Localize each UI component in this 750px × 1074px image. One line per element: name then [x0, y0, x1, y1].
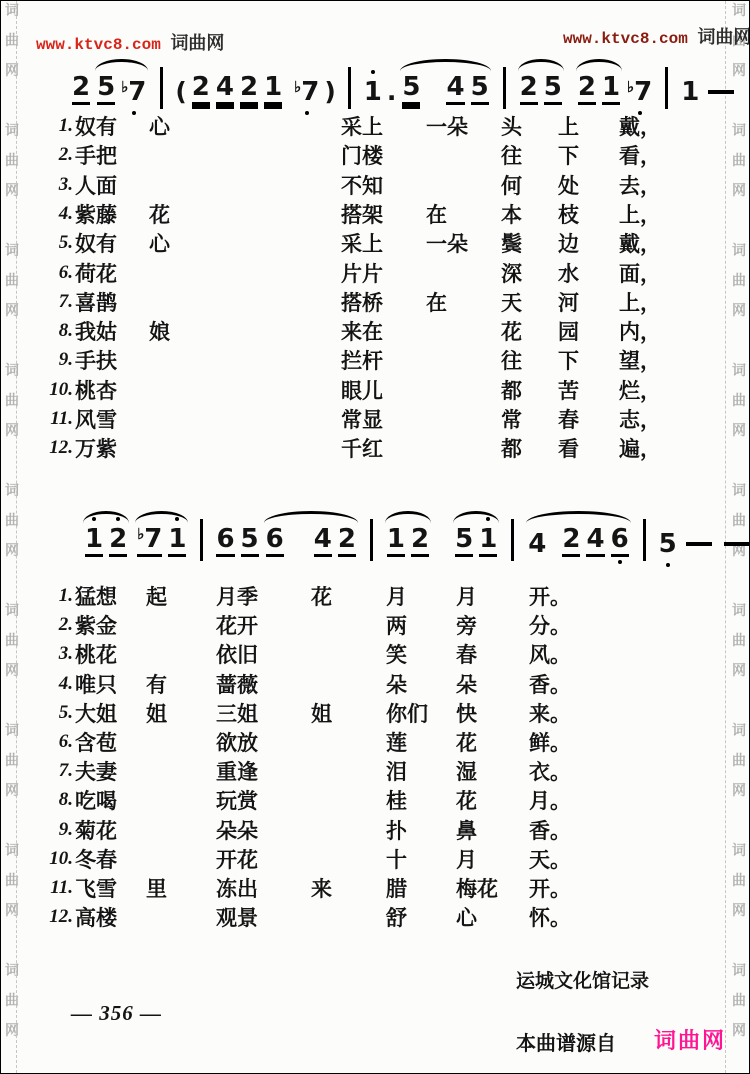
watermark-site-name: 词曲网 — [697, 27, 750, 47]
octave-dot-above — [371, 70, 375, 74]
verse-number: 3. — [29, 174, 73, 197]
lyric-row: 5.大姐姐三姐姐你们快来。 — [1, 702, 749, 730]
lyric-cell: 一朵 — [426, 115, 468, 140]
octave-dot-above — [175, 517, 179, 521]
verse-number: 4. — [29, 673, 73, 696]
tie-group: 25 — [516, 74, 566, 105]
lyric-cell: 深 — [501, 262, 522, 287]
lyric-cell: 戴， — [619, 232, 661, 257]
lyric-row: 9.菊花朵朵扑鼻香。 — [1, 819, 749, 847]
octave-dot-above — [116, 517, 120, 521]
recorder-credit: 运城文化馆记录 — [516, 966, 649, 993]
tie-group: 545 — [398, 74, 492, 105]
lyric-cell: 喜鹊 — [75, 291, 117, 316]
lyric-row: 3.人面不知何处去， — [1, 174, 749, 202]
lyric-cell: 吃喝 — [75, 789, 117, 814]
music-note: 2 — [411, 526, 429, 557]
lyric-row: 11.风雪常显常春志， — [1, 408, 749, 436]
lyric-cell: 常显 — [341, 408, 383, 433]
watermark-url: www.ktvc8.com — [563, 30, 688, 48]
lyric-cell: 一朵 — [426, 232, 468, 257]
lyric-cell: 冬春 — [75, 848, 117, 873]
lyric-cell: 万紫 — [75, 437, 117, 462]
music-note: 1 — [681, 79, 699, 105]
flat-icon: ♭ — [294, 79, 301, 96]
lyric-cell: 都 — [501, 437, 522, 462]
barline-single — [643, 519, 646, 561]
lyric-cell: 水 — [558, 262, 579, 287]
lyric-cell: 荷花 — [75, 262, 117, 287]
verse-number: 5. — [29, 232, 73, 255]
verse-number: 12. — [29, 906, 73, 929]
music-note: 4 — [528, 531, 546, 557]
lyric-cell: 眼儿 — [341, 379, 383, 404]
music-note: 5 — [402, 74, 420, 105]
lyric-cell: 内， — [619, 320, 661, 345]
verse-number: 7. — [29, 291, 73, 314]
lyric-cell: 戴， — [619, 115, 661, 140]
lyric-cell: 春 — [456, 643, 477, 668]
lyric-cell: 上， — [619, 203, 661, 228]
music-note: 5 — [455, 526, 473, 557]
barline-single — [665, 67, 668, 109]
octave-dot-above — [486, 517, 490, 521]
lyric-cell: 花 — [456, 789, 477, 814]
lyric-cell: 朵 — [456, 673, 477, 698]
music-note: 5 — [97, 74, 115, 105]
watermark-url: www.ktvc8.com — [36, 36, 161, 54]
lyric-cell: 往 — [501, 349, 522, 374]
lyric-cell: 扑 — [386, 819, 407, 844]
lyric-cell: 面， — [619, 262, 661, 287]
lyric-cell: 千红 — [341, 437, 383, 462]
music-note: 1 — [168, 526, 186, 557]
verse-number: 2. — [29, 614, 73, 637]
dash-note — [686, 542, 712, 546]
lyric-cell: 分。 — [529, 614, 571, 639]
lyric-cell: 开。 — [529, 877, 571, 902]
lyric-cell: 拦杆 — [341, 349, 383, 374]
watermark-top-right: www.ktvc8.com 词曲网 — [563, 23, 750, 49]
lyric-cell: 风雪 — [75, 408, 117, 433]
octave-dot-below — [618, 560, 622, 564]
music-note: 1 — [85, 526, 103, 557]
lyric-cell: 朵朵 — [216, 819, 258, 844]
lyric-row: 11.飞雪里冻出来腊梅花开。 — [1, 877, 749, 905]
music-symbol: ( — [175, 79, 186, 105]
lyric-cell: 依旧 — [216, 643, 258, 668]
lyric-cell: 有 — [146, 673, 167, 698]
lyric-cell: 处 — [558, 174, 579, 199]
lyric-cell: 心 — [149, 232, 170, 257]
lyric-row: 2.手把门楼往下看， — [1, 144, 749, 172]
lyric-cell: 紫藤 — [75, 203, 117, 228]
lyric-cell: 遍， — [619, 437, 661, 462]
lyric-cell: 里 — [146, 877, 167, 902]
lyric-cell: 两 — [386, 614, 407, 639]
barline-single — [200, 519, 203, 561]
tie-group: 12 — [383, 526, 433, 557]
lyric-row: 6.含苞欲放莲花鲜。 — [1, 731, 749, 759]
music-symbol: ) — [324, 79, 335, 105]
barline-single — [348, 67, 351, 109]
watermark-char: 词 — [732, 965, 746, 979]
music-note: 2 — [192, 74, 210, 105]
lyric-cell: 你们 — [386, 702, 428, 727]
lyric-cell: 猛想 — [75, 585, 117, 610]
music-note: ♭7 — [137, 526, 162, 557]
lyric-cell: 欲放 — [216, 731, 258, 756]
lyric-cell: 来 — [311, 877, 332, 902]
lyric-row: 1.猛想起月季花月月开。 — [1, 585, 749, 613]
lyric-cell: 花 — [501, 320, 522, 345]
lyric-cell: 唯只 — [75, 673, 117, 698]
lyric-cell: 观景 — [216, 906, 258, 931]
lyric-cell: 湿 — [456, 760, 477, 785]
music-note: 5 — [544, 74, 562, 105]
lyric-cell: 姐 — [311, 702, 332, 727]
verse-number: 3. — [29, 643, 73, 666]
barline-single — [511, 519, 514, 561]
music-note: 4 — [446, 74, 464, 105]
flat-icon: ♭ — [627, 79, 634, 96]
verse-number: 1. — [29, 115, 73, 138]
lyric-cell: 怀。 — [529, 906, 571, 931]
lyric-cell: 志， — [619, 408, 661, 433]
lyric-cell: 不知 — [341, 174, 383, 199]
verse-number: 6. — [29, 262, 73, 285]
lyric-cell: 采上 — [341, 232, 383, 257]
lyric-row: 4.紫藤花搭架在本枝上， — [1, 203, 749, 231]
music-note: 2 — [338, 526, 356, 557]
lyric-row: 4.唯只有蔷薇朵朵香。 — [1, 673, 749, 701]
lyric-cell: 三姐 — [216, 702, 258, 727]
verse-number: 4. — [29, 203, 73, 226]
lyric-cell: 花 — [311, 585, 332, 610]
lyric-row: 7.喜鹊搭桥在天河上， — [1, 291, 749, 319]
music-note: 5 — [659, 531, 677, 557]
lyric-cell: 片片 — [341, 262, 383, 287]
music-line-2: 12♭7165642125142465 — [81, 511, 750, 557]
lyric-cell: 搭架 — [341, 203, 383, 228]
dash-note — [708, 90, 734, 94]
lyric-cell: 上 — [558, 115, 579, 140]
tie-group: 21 — [574, 74, 624, 105]
verse-number: 8. — [29, 320, 73, 343]
tie-group: ♭71 — [133, 526, 190, 557]
lyric-cell: 快 — [456, 702, 477, 727]
lyric-cell: 月 — [456, 585, 477, 610]
barline-single — [160, 67, 163, 109]
lyric-cell: 桃花 — [75, 643, 117, 668]
lyric-cell: 舒 — [386, 906, 407, 931]
verse-number: 6. — [29, 731, 73, 754]
music-note: 5 — [241, 526, 259, 557]
lyric-cell: 在 — [426, 291, 447, 316]
lyric-cell: 烂， — [619, 379, 661, 404]
verse-number: 1. — [29, 585, 73, 608]
lyric-row: 3.桃花依旧笑春风。 — [1, 643, 749, 671]
music-note: 2 — [72, 74, 90, 105]
lyric-cell: 采上 — [341, 115, 383, 140]
verse-number: 10. — [29, 848, 73, 871]
lyric-row: 12.高楼观景舒心怀。 — [1, 906, 749, 934]
watermark-site-name: 词曲网 — [170, 33, 224, 53]
music-note: 2 — [520, 74, 538, 105]
verse-number: 10. — [29, 379, 73, 402]
lyric-cell: 往 — [501, 144, 522, 169]
music-note: 4 — [314, 526, 332, 557]
music-note: 2 — [578, 74, 596, 105]
source-note: 本曲谱源自 — [516, 1027, 616, 1056]
lyric-cell: 朵 — [386, 673, 407, 698]
tie-group: 5♭7 — [93, 74, 150, 105]
lyric-cell: 月。 — [529, 789, 571, 814]
music-note: ♭7 — [121, 79, 146, 105]
lyric-cell: 夫妻 — [75, 760, 117, 785]
lyric-cell: 手扶 — [75, 349, 117, 374]
lyric-cell: 腊 — [386, 877, 407, 902]
lyric-row: 12.万紫千红都看遍， — [1, 437, 749, 465]
lyric-cell: 鼻 — [456, 819, 477, 844]
dash-note — [724, 542, 750, 546]
lyric-cell: 心 — [456, 906, 477, 931]
lyric-cell: 蔷薇 — [216, 673, 258, 698]
lyric-cell: 去， — [619, 174, 661, 199]
lyric-cell: 开。 — [529, 585, 571, 610]
music-symbol: . — [387, 79, 397, 105]
barline-single — [370, 519, 373, 561]
lyric-cell: 衣。 — [529, 760, 571, 785]
lyric-cell: 玩赏 — [216, 789, 258, 814]
lyric-cell: 月季 — [216, 585, 258, 610]
lyric-cell: 下 — [558, 349, 579, 374]
lyric-cell: 常 — [501, 408, 522, 433]
lyric-cell: 桃杏 — [75, 379, 117, 404]
lyric-cell: 门楼 — [341, 144, 383, 169]
music-note: 2 — [109, 526, 127, 557]
page-number: — 356 — — [71, 1001, 162, 1026]
lyric-cell: 鲜。 — [529, 731, 571, 756]
lyric-cell: 在 — [426, 203, 447, 228]
octave-dot-above — [92, 517, 96, 521]
lyric-cell: 菊花 — [75, 819, 117, 844]
score-page: 词曲网词曲网词曲网词曲网词曲网词曲网词曲网词曲网词曲网 词曲网词曲网词曲网词曲网… — [0, 0, 750, 1074]
verse-number: 7. — [29, 760, 73, 783]
music-note: 4 — [216, 74, 234, 105]
lyric-row: 1.奴有心采上一朵头上戴， — [1, 115, 749, 143]
lyric-cell: 莲 — [386, 731, 407, 756]
lyric-cell: 桂 — [386, 789, 407, 814]
octave-dot-below — [666, 563, 670, 567]
music-note: ♭7 — [294, 79, 319, 105]
watermark-char: 曲 — [732, 995, 746, 1009]
verse-number: 2. — [29, 144, 73, 167]
lyric-row: 6.荷花片片深水面， — [1, 262, 749, 290]
lyric-cell: 看 — [558, 437, 579, 462]
music-note: 6 — [216, 526, 234, 557]
watermark-char: 词 — [732, 5, 746, 19]
tie-group: 4246 — [524, 526, 632, 557]
lyric-cell: 大姐 — [75, 702, 117, 727]
flat-icon: ♭ — [121, 79, 128, 96]
lyric-row: 8.我姑娘来在花园内， — [1, 320, 749, 348]
lyric-cell: 花 — [149, 203, 170, 228]
verse-number: 11. — [29, 877, 73, 900]
lyric-cell: 人面 — [75, 174, 117, 199]
lyric-cell: 十 — [386, 848, 407, 873]
lyric-cell: 鬓 — [501, 232, 522, 257]
lyric-cell: 都 — [501, 379, 522, 404]
music-line-1: 25♭7(2421♭7)1.5452521♭71 — [69, 59, 750, 105]
music-note: 1 — [479, 526, 497, 557]
music-note: 6 — [611, 526, 629, 557]
lyric-cell: 花 — [456, 731, 477, 756]
lyric-cell: 我姑 — [75, 320, 117, 345]
lyric-cell: 天。 — [529, 848, 571, 873]
music-note: 6 — [266, 526, 284, 557]
lyric-cell: 天 — [501, 291, 522, 316]
barline-single — [503, 67, 506, 109]
watermark-top-left: www.ktvc8.com 词曲网 — [36, 29, 224, 55]
lyric-cell: 来在 — [341, 320, 383, 345]
lyric-cell: 看， — [619, 144, 661, 169]
lyric-cell: 重逢 — [216, 760, 258, 785]
flat-icon: ♭ — [137, 526, 144, 543]
music-note: 5 — [471, 74, 489, 105]
lyric-cell: 奴有 — [75, 115, 117, 140]
verse-number: 12. — [29, 437, 73, 460]
lyric-cell: 上， — [619, 291, 661, 316]
lyric-cell: 冻出 — [216, 877, 258, 902]
lyric-cell: 心 — [149, 115, 170, 140]
lyric-row: 10.桃杏眼儿都苦烂， — [1, 379, 749, 407]
lyric-cell: 搭桥 — [341, 291, 383, 316]
lyric-cell: 旁 — [456, 614, 477, 639]
lyric-row: 7.夫妻重逢泪湿衣。 — [1, 760, 749, 788]
lyric-cell: 含苞 — [75, 731, 117, 756]
verse-number: 9. — [29, 819, 73, 842]
lyric-cell: 紫金 — [75, 614, 117, 639]
lyric-cell: 园 — [558, 320, 579, 345]
lyric-row: 9.手扶拦杆往下望， — [1, 349, 749, 377]
lyric-row: 8.吃喝玩赏桂花月。 — [1, 789, 749, 817]
music-note: 2 — [240, 74, 258, 105]
lyric-cell: 本 — [501, 203, 522, 228]
site-logo[interactable]: 词曲网 — [654, 1024, 726, 1055]
music-note: 4 — [586, 526, 604, 557]
tie-group: 51 — [451, 526, 501, 557]
lyric-cell: 苦 — [558, 379, 579, 404]
tie-group: 642 — [262, 526, 360, 557]
lyric-row: 2.紫金花开两旁分。 — [1, 614, 749, 642]
verse-number: 11. — [29, 408, 73, 431]
lyric-cell: 香。 — [529, 819, 571, 844]
lyric-cell: 边 — [558, 232, 579, 257]
lyric-row: 10.冬春开花十月天。 — [1, 848, 749, 876]
music-note: 1 — [602, 74, 620, 105]
verse-number: 5. — [29, 702, 73, 725]
lyric-cell: 泪 — [386, 760, 407, 785]
lyric-row: 5.奴有心采上一朵鬓边戴， — [1, 232, 749, 260]
watermark-char: 网 — [732, 1025, 746, 1039]
music-note: 1 — [387, 526, 405, 557]
lyric-cell: 春 — [558, 408, 579, 433]
music-note: 2 — [562, 526, 580, 557]
lyric-cell: 花开 — [216, 614, 258, 639]
lyric-cell: 香。 — [529, 673, 571, 698]
lyric-cell: 风。 — [529, 643, 571, 668]
music-note: ♭7 — [627, 79, 652, 105]
lyric-cell: 望， — [619, 349, 661, 374]
lyric-cell: 梅花 — [456, 877, 498, 902]
lyric-cell: 姐 — [146, 702, 167, 727]
lyric-cell: 下 — [558, 144, 579, 169]
music-note: 1 — [264, 74, 282, 105]
lyric-cell: 高楼 — [75, 906, 117, 931]
lyric-cell: 笑 — [386, 643, 407, 668]
music-note: 1 — [364, 79, 382, 105]
lyric-cell: 起 — [146, 585, 167, 610]
lyric-cell: 枝 — [558, 203, 579, 228]
lyric-cell: 开花 — [216, 848, 258, 873]
lyric-cell: 娘 — [149, 320, 170, 345]
lyric-cell: 月 — [386, 585, 407, 610]
verse-number: 8. — [29, 789, 73, 812]
lyric-cell: 河 — [558, 291, 579, 316]
lyric-cell: 手把 — [75, 144, 117, 169]
verse-number: 9. — [29, 349, 73, 372]
watermark-char: 词 — [732, 485, 746, 499]
lyric-cell: 头 — [501, 115, 522, 140]
lyric-cell: 何 — [501, 174, 522, 199]
lyric-cell: 奴有 — [75, 232, 117, 257]
lyric-cell: 飞雪 — [75, 877, 117, 902]
lyric-cell: 月 — [456, 848, 477, 873]
tie-group: 12 — [81, 526, 131, 557]
lyric-cell: 来。 — [529, 702, 571, 727]
